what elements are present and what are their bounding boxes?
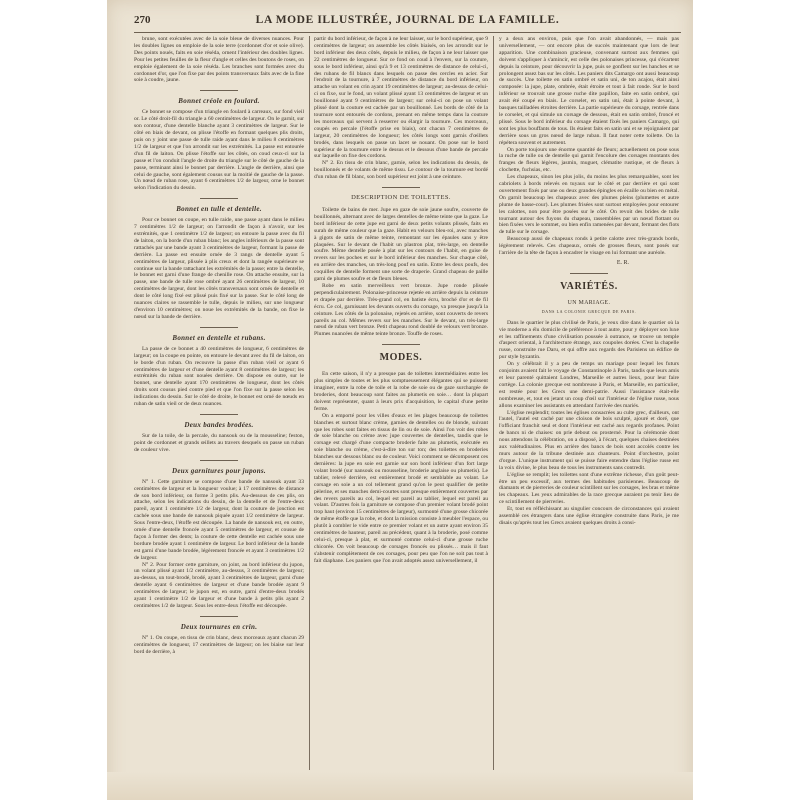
newspaper-page: 270 LA MODE ILLUSTRÉE, JOURNAL DE LA FAM… — [107, 0, 693, 800]
running-title: LA MODE ILLUSTRÉE, JOURNAL DE LA FAMILLE… — [134, 14, 681, 26]
paragraph: En cette saison, il n'y a presque pas de… — [314, 371, 488, 412]
section-heading: Deux bandes brodées. — [134, 420, 304, 430]
section-heading: DESCRIPTION DE TOILETTES. — [314, 193, 488, 203]
section-separator — [200, 616, 238, 617]
paragraph: Ce bonnet se compose d'un triangle en fo… — [134, 109, 304, 192]
paragraph: L'église se remplit; les toilettes sont … — [499, 472, 679, 507]
paragraph: On a emporté pour les villes d'eaux et l… — [314, 413, 488, 565]
paragraph: Toilette de bains de mer. Jupe en gaze d… — [314, 207, 488, 283]
section-heading: Deux tournures en crin. — [134, 622, 304, 632]
column-middle: partir du bord inférieur, de façon à ne … — [314, 36, 488, 772]
paragraph: partir du bord inférieur, de façon à ne … — [314, 36, 488, 160]
column-divider — [493, 36, 494, 770]
column-left: brune, sont exécutées avec de la soie bl… — [134, 36, 304, 772]
paragraph: La passe de ce bonnet a 40 centimètres d… — [134, 346, 304, 408]
section-separator — [200, 327, 238, 328]
section-heading: Bonnet créole en foulard. — [134, 96, 304, 106]
paragraph: brune, sont exécutées avec de la soie bl… — [134, 36, 304, 84]
paragraph: Les chapeaux, sinon les plus jolis, du m… — [499, 174, 679, 236]
section-heading: Deux garnitures pour jupons. — [134, 466, 304, 476]
paragraph: Sur de la toile, de la percale, du nanso… — [134, 433, 304, 454]
paragraph: L'église resplendit; toutes les églises … — [499, 410, 679, 472]
paragraph: On porte toujours une énorme quantité de… — [499, 147, 679, 175]
paragraph: Robe en satin merveilleux vert bronze. J… — [314, 283, 488, 338]
paragraph: y a deux ans environ, puis que l'on avai… — [499, 36, 679, 147]
section-separator — [382, 344, 420, 345]
paragraph: Et, tout en réfléchissant au singulier c… — [499, 506, 679, 527]
paragraph: N° 1. On coupe, en tissu de crin blanc, … — [134, 635, 304, 656]
section-separator — [570, 273, 608, 274]
section-heading: Bonnet en tulle et dentelle. — [134, 204, 304, 214]
column-right: y a deux ans environ, puis que l'on avai… — [499, 36, 679, 772]
section-heading: MODES. — [314, 351, 488, 365]
paragraph: N° 2. En tissu de crin blanc, garnie, se… — [314, 160, 488, 181]
section-separator — [382, 187, 420, 188]
paragraph: On y célébrait il y a peu de temps un ma… — [499, 361, 679, 409]
section-separator — [200, 90, 238, 91]
author-signature: E. R. — [499, 260, 679, 267]
paragraph: N° 1. Cette garniture se compose d'une b… — [134, 479, 304, 562]
section-separator — [200, 460, 238, 461]
section-subsubheading: DANS LA COLONIE GRECQUE DE PARIS. — [499, 309, 679, 316]
paragraph: Pour ce bonnet on coupe, en tulle raide,… — [134, 217, 304, 321]
page-header: 270 LA MODE ILLUSTRÉE, JOURNAL DE LA FAM… — [134, 10, 681, 33]
section-heading: VARIÉTÉS. — [499, 280, 679, 294]
section-heading: Bonnet en dentelle et rubans. — [134, 333, 304, 343]
section-separator — [200, 198, 238, 199]
column-divider — [309, 36, 310, 770]
paragraph: Dans le quartier le plus civilisé de Par… — [499, 320, 679, 361]
paragraph: Beaucoup aussi de chapeaux ronds à petit… — [499, 236, 679, 257]
section-separator — [200, 414, 238, 415]
section-subheading: UN MARIAGE. — [499, 300, 679, 307]
paragraph: N° 2. Pour former cette garniture, on jo… — [134, 562, 304, 610]
page-bottom-margin — [107, 772, 693, 800]
